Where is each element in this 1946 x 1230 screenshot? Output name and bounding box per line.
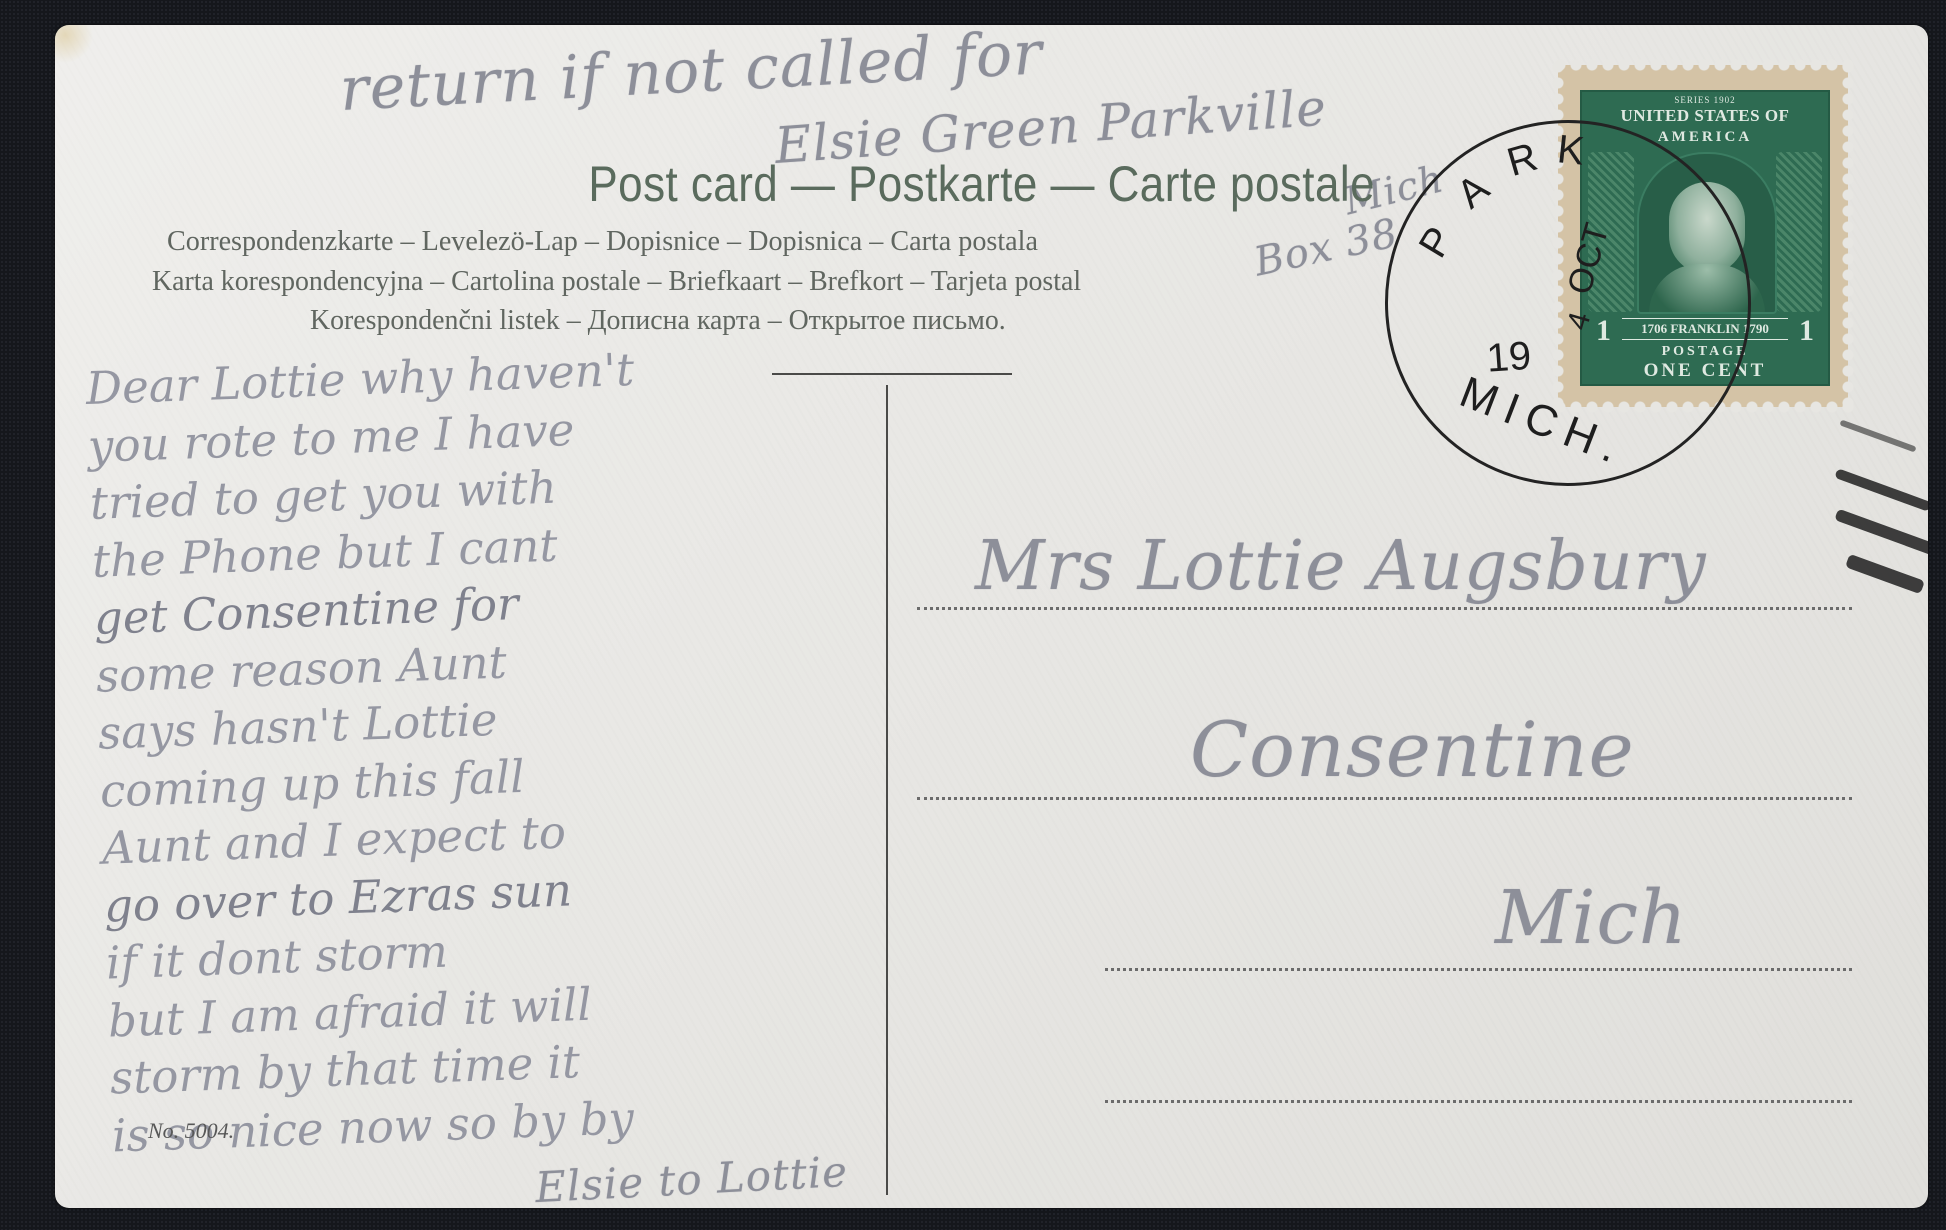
address-line-2 <box>917 797 1852 800</box>
postmark-year: 19 <box>1485 334 1533 382</box>
stamp-ornament-right <box>1776 152 1822 312</box>
stamp-postage: POSTAGE <box>1582 344 1828 360</box>
franklin-portrait-icon <box>1637 152 1777 314</box>
postmark-letter: P <box>1411 219 1463 265</box>
recipient-name: Mrs Lottie Augsbury <box>975 527 1707 606</box>
stamp-series: SERIES 1902 <box>1582 95 1828 105</box>
stamp-denomination-right: 1 <box>1799 314 1814 348</box>
postmark-letter: A <box>1449 166 1498 218</box>
cancellation-bar <box>1845 554 1925 595</box>
stamp-dates: 1706 FRANKLIN 1790 <box>1622 318 1788 340</box>
address-line-1 <box>917 607 1852 610</box>
recipient-state: Mich <box>1495 875 1688 961</box>
card-number: No. 5004. <box>148 1118 234 1144</box>
language-line-1: Correspondenzkarte – Levelezö-Lap – Dopi… <box>167 225 1038 258</box>
stamp-design: SERIES 1902 UNITED STATES OF AMERICA 1 1… <box>1580 90 1830 386</box>
postage-stamp: SERIES 1902 UNITED STATES OF AMERICA 1 1… <box>1558 65 1848 407</box>
address-line-3 <box>1105 968 1852 971</box>
language-line-2: Karta korespondencyjna – Cartolina posta… <box>152 265 1081 298</box>
corner-stain <box>55 25 95 65</box>
signature: Elsie to Lottie <box>534 1147 849 1208</box>
stamp-country-top: UNITED STATES OF <box>1582 106 1828 126</box>
cancellation-bar <box>1839 420 1916 453</box>
stamp-value: ONE CENT <box>1582 360 1828 382</box>
address-line-4 <box>1105 1100 1852 1103</box>
cancellation-bar <box>1834 509 1928 558</box>
stamp-ornament-left <box>1588 152 1634 312</box>
return-sender-box: Box 38 <box>1250 210 1402 285</box>
recipient-city: Consentine <box>1190 705 1635 794</box>
cancellation-bar <box>1834 468 1928 512</box>
stamp-denomination-left: 1 <box>1596 314 1611 348</box>
postcard: return if not called for Elsie Green Par… <box>55 25 1928 1208</box>
stamp-country: AMERICA <box>1582 129 1828 146</box>
message-body: Dear Lottie why haven't you rote to me I… <box>85 331 933 1164</box>
postcard-title: Post card — Postkarte — Carte postale <box>213 155 1375 213</box>
postmark-letter: R <box>1502 135 1542 186</box>
